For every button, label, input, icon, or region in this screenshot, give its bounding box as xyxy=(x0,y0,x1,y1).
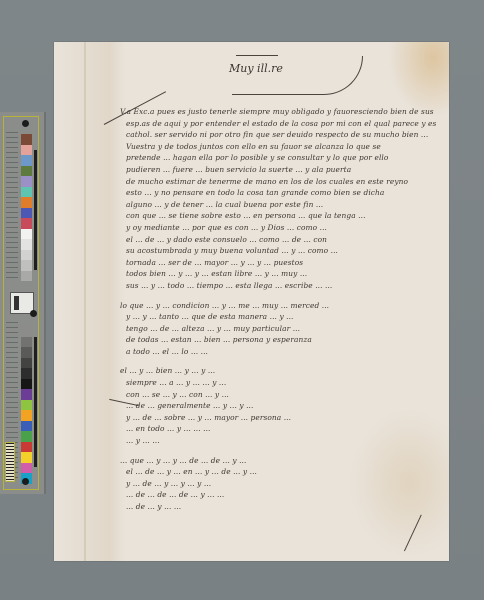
manuscript-line: de todas ... estan ... bien ... persona … xyxy=(120,334,438,346)
letter-salutation: Muy ill.re xyxy=(229,62,283,75)
fold-crease xyxy=(84,42,86,561)
manuscript-line: todos bien ... y ... y ... estan libre .… xyxy=(120,268,438,280)
color-swatch xyxy=(21,431,32,442)
color-swatch xyxy=(21,368,32,379)
manuscript-line: con ... se ... y ... con ... y ... xyxy=(120,389,438,401)
color-swatch xyxy=(21,389,32,400)
scale-ticks xyxy=(6,132,18,282)
manuscript-line: esto ... y no pensare en todo la cosa ta… xyxy=(120,187,438,199)
manuscript-page: Muy ill.re V.a Exc.a pues es justo tener… xyxy=(54,42,449,561)
color-swatch xyxy=(21,452,32,463)
registration-dot-icon xyxy=(30,310,37,317)
color-swatch xyxy=(21,442,32,453)
manuscript-line: el ... de ... y dado este consuelo ... c… xyxy=(120,234,438,246)
manuscript-line: el ... de ... y ... en ... y ... de ... … xyxy=(120,466,438,478)
color-swatch xyxy=(21,155,32,166)
manuscript-line: pudieren ... fuere ... buen servicio la … xyxy=(120,164,438,176)
letter-body: V.a Exc.a pues es justo tenerle siempre … xyxy=(120,106,438,513)
label-mark xyxy=(14,296,19,310)
manuscript-line: Vuestra y de todos juntos con ello en su… xyxy=(120,141,438,153)
manuscript-line: su acostumbrada y muy buena voluntad ...… xyxy=(120,245,438,257)
color-swatch xyxy=(21,208,32,219)
manuscript-line: ... de ... generalmente ... y ... y ... xyxy=(120,400,438,412)
manuscript-line: ... de ... de ... de ... y ... ... xyxy=(120,489,438,501)
color-swatch xyxy=(21,271,32,282)
barcode xyxy=(5,442,15,482)
color-swatch xyxy=(21,358,32,369)
manuscript-line: tornada ... ser de ... mayor ... y ... y… xyxy=(120,257,438,269)
color-swatch xyxy=(21,134,32,145)
signature-flourish xyxy=(391,509,421,552)
manuscript-line: y ... de ... sobre ... y ... mayor ... p… xyxy=(120,412,438,424)
manuscript-line: cathol. ser servido ni por otro fin que … xyxy=(120,129,438,141)
color-swatch xyxy=(21,400,32,411)
manuscript-line: ... y ... ... xyxy=(120,435,438,447)
manuscript-line: sus ... y ... todo ... tiempo ... esta l… xyxy=(120,280,438,292)
manuscript-line: con que ... se tiene sobre esto ... en p… xyxy=(120,210,438,222)
manuscript-line: y ... de ... y ... y ... y ... xyxy=(120,478,438,490)
manuscript-line: tengo ... de ... alteza ... y ... muy pa… xyxy=(120,323,438,335)
manuscript-line: V.a Exc.a pues es justo tenerle siempre … xyxy=(120,106,438,118)
manuscript-line: pretende ... hagan ella por lo posible y… xyxy=(120,152,438,164)
manuscript-line: el ... y ... bien ... y ... y ... xyxy=(120,365,438,377)
manuscript-line: alguno ... y de tener ... la cual buena … xyxy=(120,199,438,211)
color-swatch xyxy=(21,337,32,348)
density-bar xyxy=(34,337,37,467)
color-swatch xyxy=(21,463,32,474)
color-swatch xyxy=(21,229,32,240)
manuscript-line: de mucho estimar de tenerme de mano en l… xyxy=(120,176,438,188)
color-swatch xyxy=(21,347,32,358)
color-calibration-target xyxy=(0,112,46,494)
swatch-column-bottom xyxy=(21,326,32,484)
color-swatch xyxy=(21,326,32,337)
registration-dot-icon xyxy=(22,478,29,485)
color-swatch xyxy=(21,410,32,421)
color-swatch xyxy=(21,145,32,156)
color-swatch xyxy=(21,166,32,177)
color-swatch xyxy=(21,260,32,271)
color-swatch xyxy=(21,421,32,432)
color-swatch xyxy=(21,187,32,198)
manuscript-line: lo que ... y ... condicion ... y ... me … xyxy=(120,300,438,312)
manuscript-line: ... en todo ... y ... ... ... xyxy=(120,423,438,435)
paragraph-gap xyxy=(120,357,438,365)
manuscript-line: esp.as de aqui y por entender el estado … xyxy=(120,118,438,130)
swatch-column-top xyxy=(21,134,32,281)
manuscript-line: siempre ... a ... y ... ... y ... xyxy=(120,377,438,389)
paragraph-gap xyxy=(120,292,438,300)
manuscript-line: a todo ... el ... lo ... ... xyxy=(120,346,438,358)
color-swatch xyxy=(21,176,32,187)
color-swatch xyxy=(21,250,32,261)
paragraph-gap xyxy=(120,447,438,455)
manuscript-line: ... de ... y ... ... xyxy=(120,501,438,513)
manuscript-line: ... que ... y ... y ... de ... de ... y … xyxy=(120,455,438,467)
manuscript-line: y ... y ... tanto ... que de esta manera… xyxy=(120,311,438,323)
color-swatch xyxy=(21,239,32,250)
color-swatch xyxy=(21,197,32,208)
registration-dot-icon xyxy=(22,120,29,127)
color-swatch xyxy=(21,379,32,390)
color-swatch xyxy=(21,218,32,229)
density-bar xyxy=(34,150,37,270)
manuscript-line: y oy mediante ... por que es con ... y D… xyxy=(120,222,438,234)
